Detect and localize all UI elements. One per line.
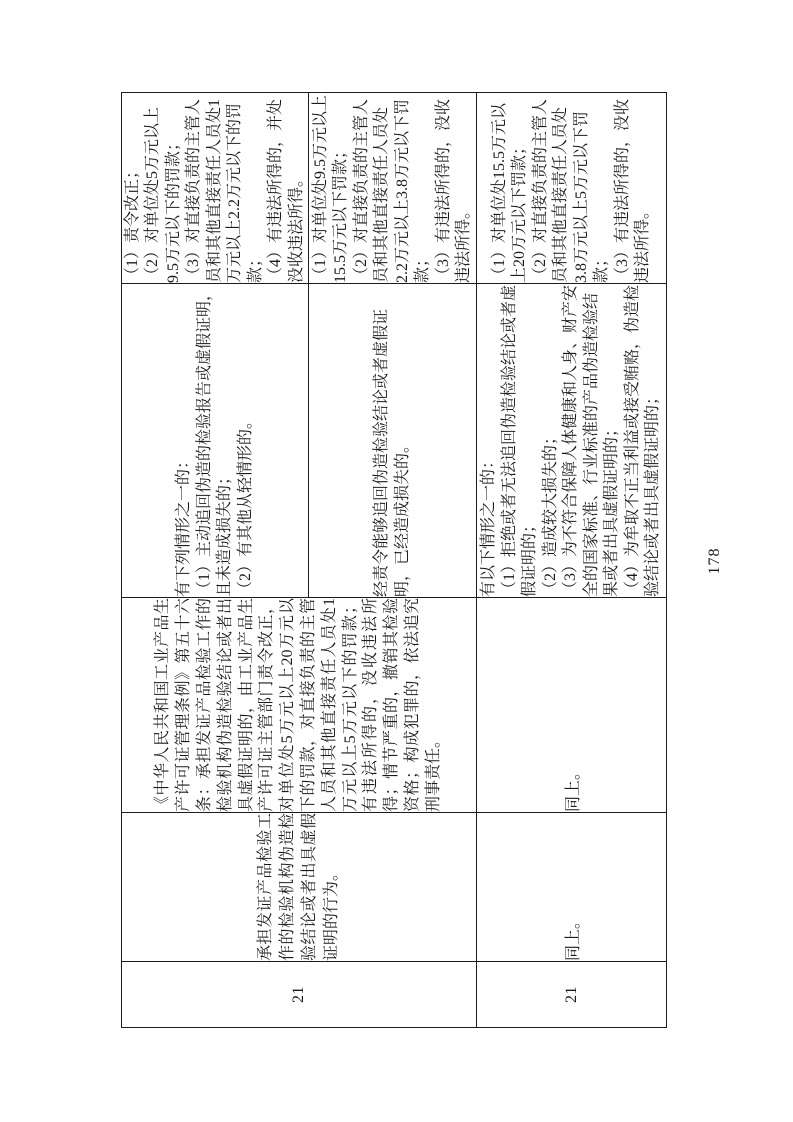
violation-text: 承担发证产品检验工作的检验机构伪造检验结论或者出具虚假证明的行为。	[255, 813, 343, 961]
cell-circumstances-row-3: 有以下情形之一的： （1）拒绝或者无法追回伪造检验结论或者虚假证明的； （2）造…	[477, 284, 667, 598]
cell-violation-row-3: 同上。	[477, 813, 667, 962]
penalty-text: （1）对单位处15.5万元以上20万元以下罚款； （2）对直接负责的主管人员和其…	[490, 93, 654, 283]
page-number: 178	[706, 0, 724, 1122]
circumstances-text: 有以下情形之一的： （1）拒绝或者无法追回伪造检验结论或者虚假证明的； （2）造…	[479, 284, 664, 597]
penalty-text: （1）对单位处9.5万元以上15.5万元以下罚款； （2）对直接负责的主管人员和…	[311, 93, 475, 283]
table-row-3: 21 同上。 同上。 有以下情形之一的： （1）拒绝或者无法追回伪造检验结论或者…	[477, 93, 667, 1028]
table-row-1: 21 承担发证产品检验工作的检验机构伪造检验结论或者出具虚假证明的行为。 《中华…	[122, 93, 309, 1028]
circumstances-text: 有下列情形之一的： （1）主动追回伪造的检验报告或虚假证明，且未造成损失的； （…	[174, 284, 256, 597]
legal-basis-text: 《中华人民共和国工业产品生产许可证管理条例》第五十六条：承担发证产品检验工作的检…	[153, 598, 444, 812]
same-as-above-text: 同上。	[560, 598, 583, 812]
document-page: 21 承担发证产品检验工作的检验机构伪造检验结论或者出具虚假证明的行为。 《中华…	[0, 0, 793, 1122]
cell-circumstances-row-2: 经责令能够追回伪造检验结论或者虚假证明，已经造成损失的。	[309, 284, 477, 598]
cell-penalty-row-2: （1）对单位处9.5万元以上15.5万元以下罚款； （2）对直接负责的主管人员和…	[309, 93, 477, 284]
circumstances-text: 经责令能够追回伪造检验结论或者虚假证明，已经造成损失的。	[372, 284, 413, 597]
cell-circumstances-row-1: 有下列情形之一的： （1）主动追回伪造的检验报告或虚假证明，且未造成损失的； （…	[122, 284, 309, 598]
cell-legal-basis-rows-1-2: 《中华人民共和国工业产品生产许可证管理条例》第五十六条：承担发证产品检验工作的检…	[122, 598, 477, 813]
serial-number: 21	[290, 962, 308, 1027]
cell-serial-rows-1-2: 21	[122, 962, 477, 1028]
cell-legal-basis-row-3: 同上。	[477, 598, 667, 813]
cell-penalty-row-1: （1）责令改正； （2）对单位处5万元以上9.5万元以下的罚款； （3）对直接负…	[122, 93, 309, 284]
penalty-table: 21 承担发证产品检验工作的检验机构伪造检验结论或者出具虚假证明的行为。 《中华…	[121, 92, 667, 1028]
serial-number: 21	[563, 962, 581, 1027]
cell-penalty-row-3: （1）对单位处15.5万元以上20万元以下罚款； （2）对直接负责的主管人员和其…	[477, 93, 667, 284]
cell-serial-row-3: 21	[477, 962, 667, 1028]
same-as-above-text: 同上。	[560, 813, 583, 961]
penalty-text: （1）责令改正； （2）对单位处5万元以上9.5万元以下的罚款； （3）对直接负…	[123, 93, 308, 283]
rotated-sheet: 21 承担发证产品检验工作的检验机构伪造检验结论或者出具虚假证明的行为。 《中华…	[0, 0, 793, 1122]
cell-violation-rows-1-2: 承担发证产品检验工作的检验机构伪造检验结论或者出具虚假证明的行为。	[122, 813, 477, 962]
